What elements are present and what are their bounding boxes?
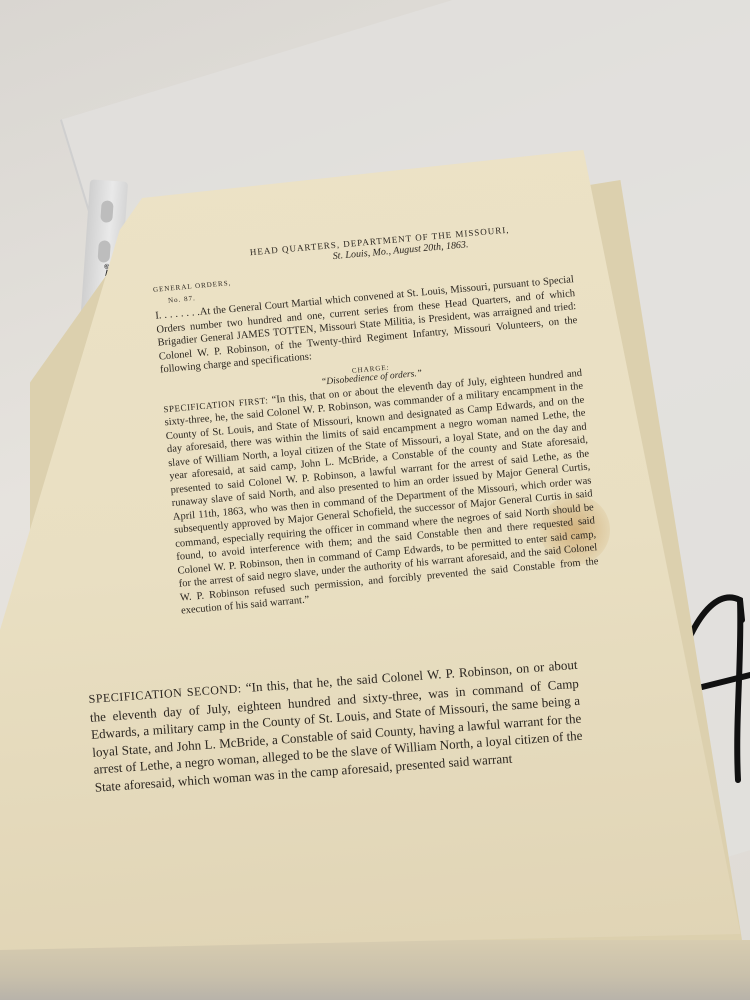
punch-hole [100,200,114,223]
punch-hole [97,240,111,263]
paper-stack-edge [0,940,750,1000]
document-body-upper: HEAD QUARTERS, DEPARTMENT OF THE MISSOUR… [150,218,600,618]
specification-first: SPECIFICATION FIRST: “In this, that on o… [163,366,600,618]
